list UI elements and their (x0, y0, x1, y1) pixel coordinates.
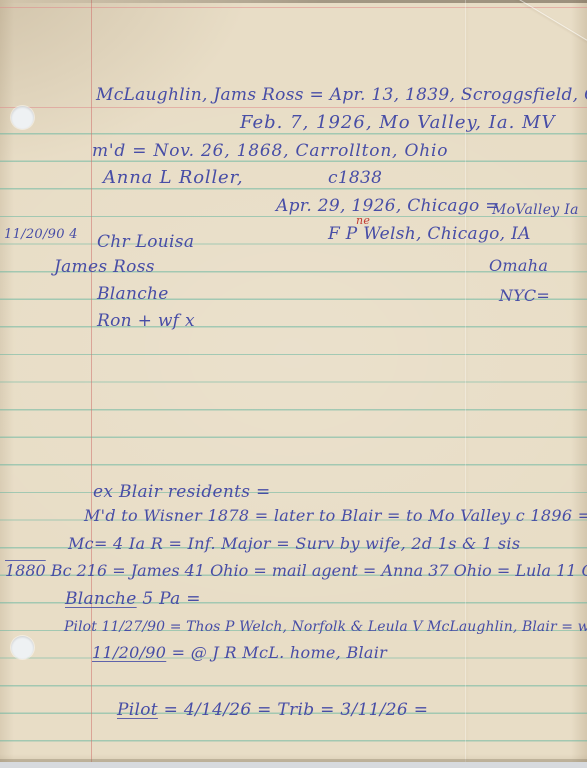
blanche-detail: 5 Pa = (137, 589, 201, 609)
census-year: 1880 (5, 561, 46, 580)
blanche-name: Blanche (65, 589, 137, 609)
note-line-welsh: F P Welsh, Chicago, IA (328, 223, 531, 245)
note-line-death: Feb. 7, 1926, Mo Valley, Ia. MV (240, 112, 555, 134)
child-name-son-wife: Ron + wf x (97, 310, 195, 332)
note-line-name-birth: McLaughlin, Jams Ross = Apr. 13, 1839, S… (96, 84, 587, 106)
note-line-spouse-death-place: MoValley Ia (492, 199, 579, 221)
ruled-line-pink-top (0, 7, 587, 8)
page-top-edge-shadow (0, 0, 587, 3)
punch-hole-bottom (11, 636, 34, 659)
children-research-date: 11/20/90 4 (4, 224, 78, 246)
punch-hole-top (11, 106, 34, 129)
note-line-nyc: NYC= (499, 285, 550, 307)
blanche-census-line: Blanche 5 Pa = (65, 588, 201, 610)
note-line-spouse-death: Apr. 29, 1926, Chicago = (276, 195, 500, 217)
residents-moves-line: M'd to Wisner 1878 = later to Blair = to… (84, 505, 587, 527)
child-name-blanche: Blanche (97, 283, 169, 305)
notebook-page: McLaughlin, Jams Ross = Apr. 13, 1839, S… (0, 0, 587, 768)
census-detail: Bc 216 = James 41 Ohio = mail agent = An… (46, 561, 587, 580)
note-line-marriage: m'd = Nov. 26, 1868, Carrollton, Ohio (92, 140, 448, 162)
child-name-james-ross: James Ross (54, 256, 155, 278)
child-name-louisa: Chr Louisa (97, 231, 194, 253)
census-1880-line: 1880 Bc 216 = James 41 Ohio = mail agent… (5, 560, 587, 582)
note-line-omaha: Omaha (489, 255, 548, 277)
wedding-visit-line: 11/20/90 = @ J R McL. home, Blair (92, 642, 387, 664)
note-line-spouse-name: Anna L Roller, (103, 167, 243, 189)
visit-date: 11/20/90 (92, 643, 166, 662)
background-below-page (0, 762, 587, 768)
pilot-wedding-line: Pilot 11/27/90 = Thos P Welch, Norfolk &… (64, 616, 587, 638)
residents-header: ex Blair residents = (93, 481, 271, 503)
visit-detail: = @ J R McL. home, Blair (166, 643, 387, 662)
footer-pilot-label: Pilot (117, 700, 158, 720)
residents-military-line: Mc= 4 Ia R = Inf. Major = Surv by wife, … (68, 533, 520, 555)
note-line-spouse-birthyear: c1838 (328, 167, 382, 189)
obituary-sources-line: Pilot = 4/14/26 = Trib = 3/11/26 = (117, 699, 428, 721)
ruled-line-pink-header (0, 107, 587, 108)
footer-dates: = 4/14/26 = Trib = 3/11/26 = (158, 700, 428, 720)
